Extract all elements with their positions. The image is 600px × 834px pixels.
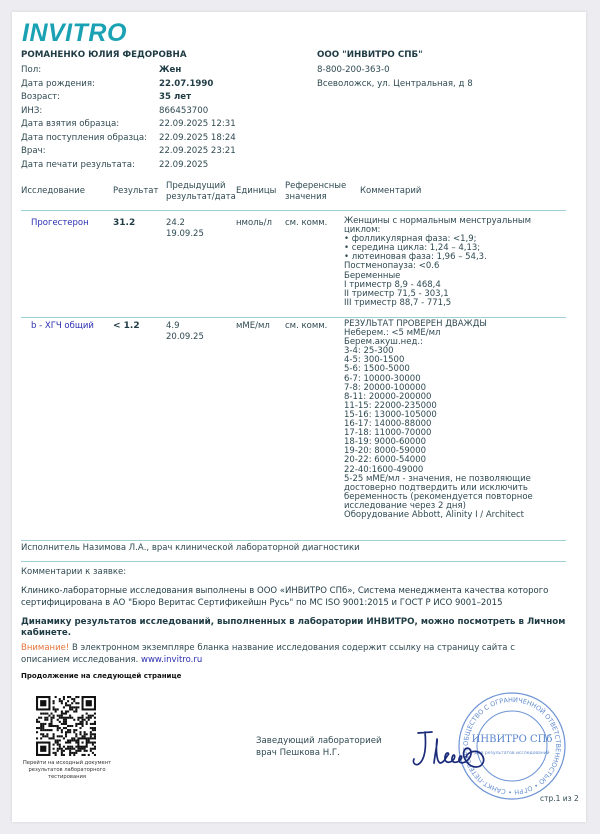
patient-field-label: Дата печати результата:: [21, 160, 135, 170]
head-of-lab-name: врач Пешкова Н.Г.: [256, 748, 382, 760]
invitro-logo: INVITRO: [22, 19, 127, 48]
column-header-reference: Референсные значения: [285, 181, 346, 202]
head-of-lab-title: Заведующий лабораторией: [256, 736, 382, 748]
patient-field-value: 22.09.2025 12:31: [159, 119, 236, 129]
units: мМЕ/мл: [236, 321, 270, 332]
qr-code[interactable]: [36, 696, 96, 756]
patient-field-label: ИНЗ:: [21, 106, 42, 116]
column-header-previous: Предыдущий результат/дата: [166, 181, 236, 202]
patient-field-label: Врач:: [21, 146, 46, 156]
organization-address: Всеволожск, ул. Центральная, д 8: [317, 79, 473, 89]
result-value: < 1.2: [113, 321, 140, 332]
patient-field-value: 22.09.2025 18:24: [159, 133, 236, 143]
patient-field-label: Дата взятия образца:: [21, 119, 119, 129]
organization-name: ООО "ИНВИТРО СПБ": [317, 50, 423, 60]
reference-values: см. комм.: [285, 321, 327, 332]
column-header-result: Результат: [113, 186, 158, 197]
patient-field-label: Дата рождения:: [21, 79, 95, 89]
divider: [21, 561, 566, 562]
patient-field-value: 35 лет: [159, 92, 191, 102]
patient-field-label: Пол:: [21, 65, 41, 75]
patient-field-value: 866453700: [159, 106, 208, 116]
continued-notice: Продолжение на следующей странице: [21, 672, 181, 680]
patient-field-label: Дата поступления образца:: [21, 133, 147, 143]
previous-result: 4.9 20.09.25: [166, 321, 204, 342]
patient-field-label: Возраст:: [21, 92, 60, 102]
table-bottom-divider: [21, 540, 566, 541]
organization-phone: 8-800-200-363-0: [317, 65, 390, 75]
certification-text: Клинико-лабораторные исследования выполн…: [21, 586, 561, 609]
attention-text: В электронном экземпляре бланка название…: [21, 643, 515, 665]
page-number: стр.1 из 2: [540, 794, 579, 803]
test-link-hcg[interactable]: b - ХГЧ общий: [31, 321, 94, 332]
table-header-divider: [21, 210, 566, 211]
patient-name: РОМАНЕНКО ЮЛИЯ ФЕДОРОВНА: [21, 50, 187, 60]
attention-notice: Внимание! В электронном экземпляре бланк…: [21, 642, 566, 666]
column-header-test: Исследование: [21, 186, 85, 197]
patient-field-value: Жен: [159, 65, 181, 75]
column-header-comment: Комментарий: [360, 186, 421, 197]
attention-label: Внимание!: [21, 643, 69, 653]
invitro-website-link[interactable]: www.invitro.ru: [141, 655, 202, 665]
units: нмоль/л: [236, 218, 272, 229]
patient-field-value: 22.07.1990: [159, 79, 213, 89]
reference-values: см. комм.: [285, 218, 327, 229]
previous-result: 24.2 19.09.25: [166, 218, 204, 239]
patient-field-value: 22.09.2025 23:21: [159, 146, 236, 156]
patient-field-value: 22.09.2025: [159, 160, 208, 170]
row-divider: [21, 317, 566, 318]
column-header-units: Единицы: [236, 186, 276, 197]
test-link-progesterone[interactable]: Прогестерон: [31, 218, 89, 229]
comment: РЕЗУЛЬТАТ ПРОВЕРЕН ДВАЖДЫ Неберем.: <5 м…: [344, 320, 533, 520]
request-comments-label: Комментарии к заявке:: [21, 567, 126, 577]
qr-caption: Перейти на исходный документ результатов…: [22, 760, 112, 781]
result-value: 31.2: [113, 218, 135, 229]
head-of-lab: Заведующий лабораторией врач Пешкова Н.Г…: [256, 736, 382, 759]
signature: [410, 727, 490, 771]
executor-line: Исполнитель Назимова Л.А., врач клиничес…: [21, 543, 360, 553]
dynamics-notice: Динамику результатов исследований, выпол…: [21, 617, 566, 638]
comment: Женщины с нормальным менструальным цикло…: [344, 217, 531, 308]
